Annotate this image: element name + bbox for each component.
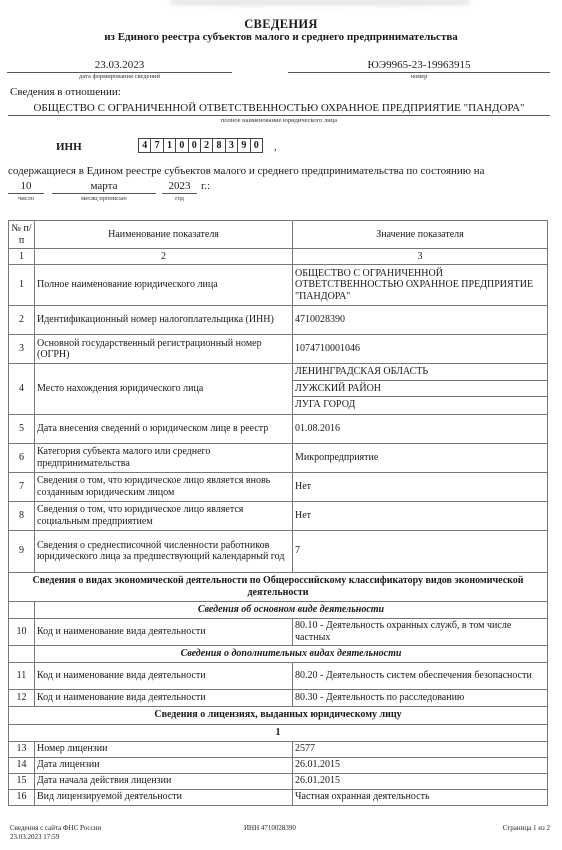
license-index-heading-text: 1 xyxy=(9,724,548,741)
registry-table: № п/п Наименование показателя Значение п… xyxy=(8,220,548,806)
inn-digit-box: 0 xyxy=(188,138,201,153)
table-row: 3Основной государственный регистрационны… xyxy=(9,335,548,364)
main-activity-heading-text: Сведения об основном виде деятельности xyxy=(35,601,548,618)
empty-cell xyxy=(9,645,35,662)
table-row: 5Дата внесения сведений о юридическом ли… xyxy=(9,414,548,443)
table-row: 14Дата лицензии26.01.2015 xyxy=(9,757,548,773)
address-line: ЛЕНИНГРАДСКАЯ ОБЛАСТЬ xyxy=(293,364,547,381)
row-number: 10 xyxy=(9,618,35,645)
row-indicator-name: Категория субъекта малого или среднего п… xyxy=(35,443,293,472)
table-row: 2Идентификационный номер налогоплательщи… xyxy=(9,306,548,335)
row-indicator-value: 26.01.2015 xyxy=(293,773,548,789)
as-of-month: марта xyxy=(52,180,156,194)
row-number: 15 xyxy=(9,773,35,789)
row-indicator-name: Вид лицензируемой деятельности xyxy=(35,789,293,805)
additional-activity-heading-text: Сведения о дополнительных видах деятельн… xyxy=(35,645,548,662)
table-row: 16Вид лицензируемой деятельностиЧастная … xyxy=(9,789,548,805)
activity-section-heading: Сведения о видах экономической деятельно… xyxy=(9,572,548,601)
row-indicator-name: Полное наименование юридического лица xyxy=(35,265,293,306)
as-of-day-caption: число xyxy=(8,195,44,203)
row-indicator-name: Номер лицензии xyxy=(35,741,293,757)
row-number: 3 xyxy=(9,335,35,364)
row-indicator-name: Сведения о среднесписочной численности р… xyxy=(35,530,293,572)
table-row: 12Код и наименование вида деятельности80… xyxy=(9,689,548,706)
document-number: ЮЭ9965-23-19963915 xyxy=(288,59,550,73)
inn-digit-box: 3 xyxy=(225,138,238,153)
row-indicator-name: Основной государственный регистрационный… xyxy=(35,335,293,364)
header-number: № п/п xyxy=(9,221,35,249)
table-row: 15Дата начала действия лицензии26.01.201… xyxy=(9,773,548,789)
table-row: 8Сведения о том, что юридическое лицо яв… xyxy=(9,501,548,530)
inn-boxes: 4710028390 xyxy=(139,138,263,153)
row-indicator-value: 80.20 - Деятельность систем обеспечения … xyxy=(293,662,548,689)
row-indicator-name: Место нахождения юридического лица xyxy=(35,364,293,415)
inn-digit-box: 0 xyxy=(175,138,188,153)
inn-label: ИНН xyxy=(56,141,82,153)
footer-page-number: Страница 1 из 2 xyxy=(503,824,550,833)
license-section-heading: Сведения о лицензиях, выданных юридическ… xyxy=(9,706,548,724)
inn-digit-box: 2 xyxy=(200,138,213,153)
header-indicator-name: Наименование показателя xyxy=(35,221,293,249)
table-row: 7Сведения о том, что юридическое лицо яв… xyxy=(9,472,548,501)
row-indicator-value: 01.08.2016 xyxy=(293,414,548,443)
table-index-row: 1 2 3 xyxy=(9,249,548,265)
activity-section-heading-text: Сведения о видах экономической деятельно… xyxy=(9,572,548,601)
row-indicator-name: Дата начала действия лицензии xyxy=(35,773,293,789)
row-number: 11 xyxy=(9,662,35,689)
row-indicator-value: 2577 xyxy=(293,741,548,757)
row-number: 1 xyxy=(9,265,35,306)
row-number: 12 xyxy=(9,689,35,706)
inn-digit-box: 8 xyxy=(212,138,225,153)
address-line: ЛУГА ГОРОД xyxy=(293,397,547,414)
as-of-month-caption: месяц прописью xyxy=(52,195,156,203)
formation-date: 23.03.2023 xyxy=(7,59,232,73)
row-address-value: ЛЕНИНГРАДСКАЯ ОБЛАСТЬЛУЖСКИЙ РАЙОНЛУГА Г… xyxy=(293,364,548,415)
row-indicator-value: ОБЩЕСТВО С ОГРАНИЧЕННОЙ ОТВЕТСТВЕННОСТЬЮ… xyxy=(293,265,548,306)
row-indicator-name: Дата лицензии xyxy=(35,757,293,773)
license-section-heading-text: Сведения о лицензиях, выданных юридическ… xyxy=(9,706,548,724)
row-number: 13 xyxy=(9,741,35,757)
address-line: ЛУЖСКИЙ РАЙОН xyxy=(293,381,547,398)
row-number: 9 xyxy=(9,530,35,572)
footer-inn: ИНН 4710028390 xyxy=(244,824,296,833)
as-of-year-suffix: г.: xyxy=(201,180,210,193)
row-indicator-name: Сведения о том, что юридическое лицо явл… xyxy=(35,472,293,501)
row-number: 2 xyxy=(9,306,35,335)
row-indicator-name: Код и наименование вида деятельности xyxy=(35,618,293,645)
row-indicator-value: 4710028390 xyxy=(293,306,548,335)
row-indicator-value: 7 xyxy=(293,530,548,572)
row-number: 14 xyxy=(9,757,35,773)
row-indicator-value: 80.30 - Деятельность по расследованию xyxy=(293,689,548,706)
index-cell: 2 xyxy=(35,249,293,265)
company-full-name-caption: полное наименование юридического лица xyxy=(8,117,550,125)
row-number: 16 xyxy=(9,789,35,805)
row-indicator-value: Микропредприятие xyxy=(293,443,548,472)
row-indicator-value: 80.10 - Деятельность охранных служб, в т… xyxy=(293,618,548,645)
main-activity-heading: Сведения об основном виде деятельности xyxy=(9,601,548,618)
as-of-year-caption: год xyxy=(162,195,197,203)
table-row: 10Код и наименование вида деятельности80… xyxy=(9,618,548,645)
row-indicator-name: Код и наименование вида деятельности xyxy=(35,662,293,689)
document-subtitle: из Единого реестра субъектов малого и ср… xyxy=(0,31,562,43)
document-title: СВЕДЕНИЯ xyxy=(0,17,562,32)
row-indicator-name: Сведения о том, что юридическое лицо явл… xyxy=(35,501,293,530)
table-header-row: № п/п Наименование показателя Значение п… xyxy=(9,221,548,249)
row-number: 5 xyxy=(9,414,35,443)
formation-date-caption: дата формирования сведений xyxy=(7,73,232,81)
row-indicator-name: Дата внесения сведений о юридическом лиц… xyxy=(35,414,293,443)
inn-comma: , xyxy=(274,141,277,153)
row-indicator-value: Нет xyxy=(293,472,548,501)
row-number: 8 xyxy=(9,501,35,530)
table-row: 13Номер лицензии2577 xyxy=(9,741,548,757)
index-cell: 3 xyxy=(293,249,548,265)
footer-timestamp: 23.03.2023 17:59 xyxy=(10,833,59,842)
row-number: 7 xyxy=(9,472,35,501)
header-indicator-value: Значение показателя xyxy=(293,221,548,249)
inn-digit-box: 9 xyxy=(237,138,250,153)
row-indicator-name: Идентификационный номер налогоплательщик… xyxy=(35,306,293,335)
row-number: 6 xyxy=(9,443,35,472)
row-indicator-value: 1074710001046 xyxy=(293,335,548,364)
scan-shadow xyxy=(170,0,470,8)
row-indicator-value: 26.01.2015 xyxy=(293,757,548,773)
company-full-name: ОБЩЕСТВО С ОГРАНИЧЕННОЙ ОТВЕТСТВЕННОСТЬЮ… xyxy=(8,102,550,116)
table-row: 11Код и наименование вида деятельности80… xyxy=(9,662,548,689)
table-row: 6Категория субъекта малого или среднего … xyxy=(9,443,548,472)
row-indicator-name: Код и наименование вида деятельности xyxy=(35,689,293,706)
inn-digit-box: 0 xyxy=(250,138,263,153)
as-of-year: 2023 xyxy=(162,180,197,194)
index-cell: 1 xyxy=(9,249,35,265)
additional-activity-heading: Сведения о дополнительных видах деятельн… xyxy=(9,645,548,662)
table-row: 1Полное наименование юридического лицаОБ… xyxy=(9,265,548,306)
subject-intro: Сведения в отношении: xyxy=(10,86,121,99)
inn-digit-box: 7 xyxy=(150,138,163,153)
license-index-heading: 1 xyxy=(9,724,548,741)
inn-digit-box: 1 xyxy=(163,138,176,153)
footer-source: Сведения с сайта ФНС России xyxy=(10,824,101,833)
document-number-caption: номер xyxy=(288,73,550,81)
table-row: 9Сведения о среднесписочной численности … xyxy=(9,530,548,572)
empty-cell xyxy=(9,601,35,618)
inn-digit-box: 4 xyxy=(138,138,151,153)
table-row: 4Место нахождения юридического лицаЛЕНИН… xyxy=(9,364,548,415)
row-number: 4 xyxy=(9,364,35,415)
as-of-text: содержащиеся в Едином реестре субъектов … xyxy=(8,165,485,178)
row-indicator-value: Частная охранная деятельность xyxy=(293,789,548,805)
as-of-day: 10 xyxy=(8,180,44,194)
row-indicator-value: Нет xyxy=(293,501,548,530)
